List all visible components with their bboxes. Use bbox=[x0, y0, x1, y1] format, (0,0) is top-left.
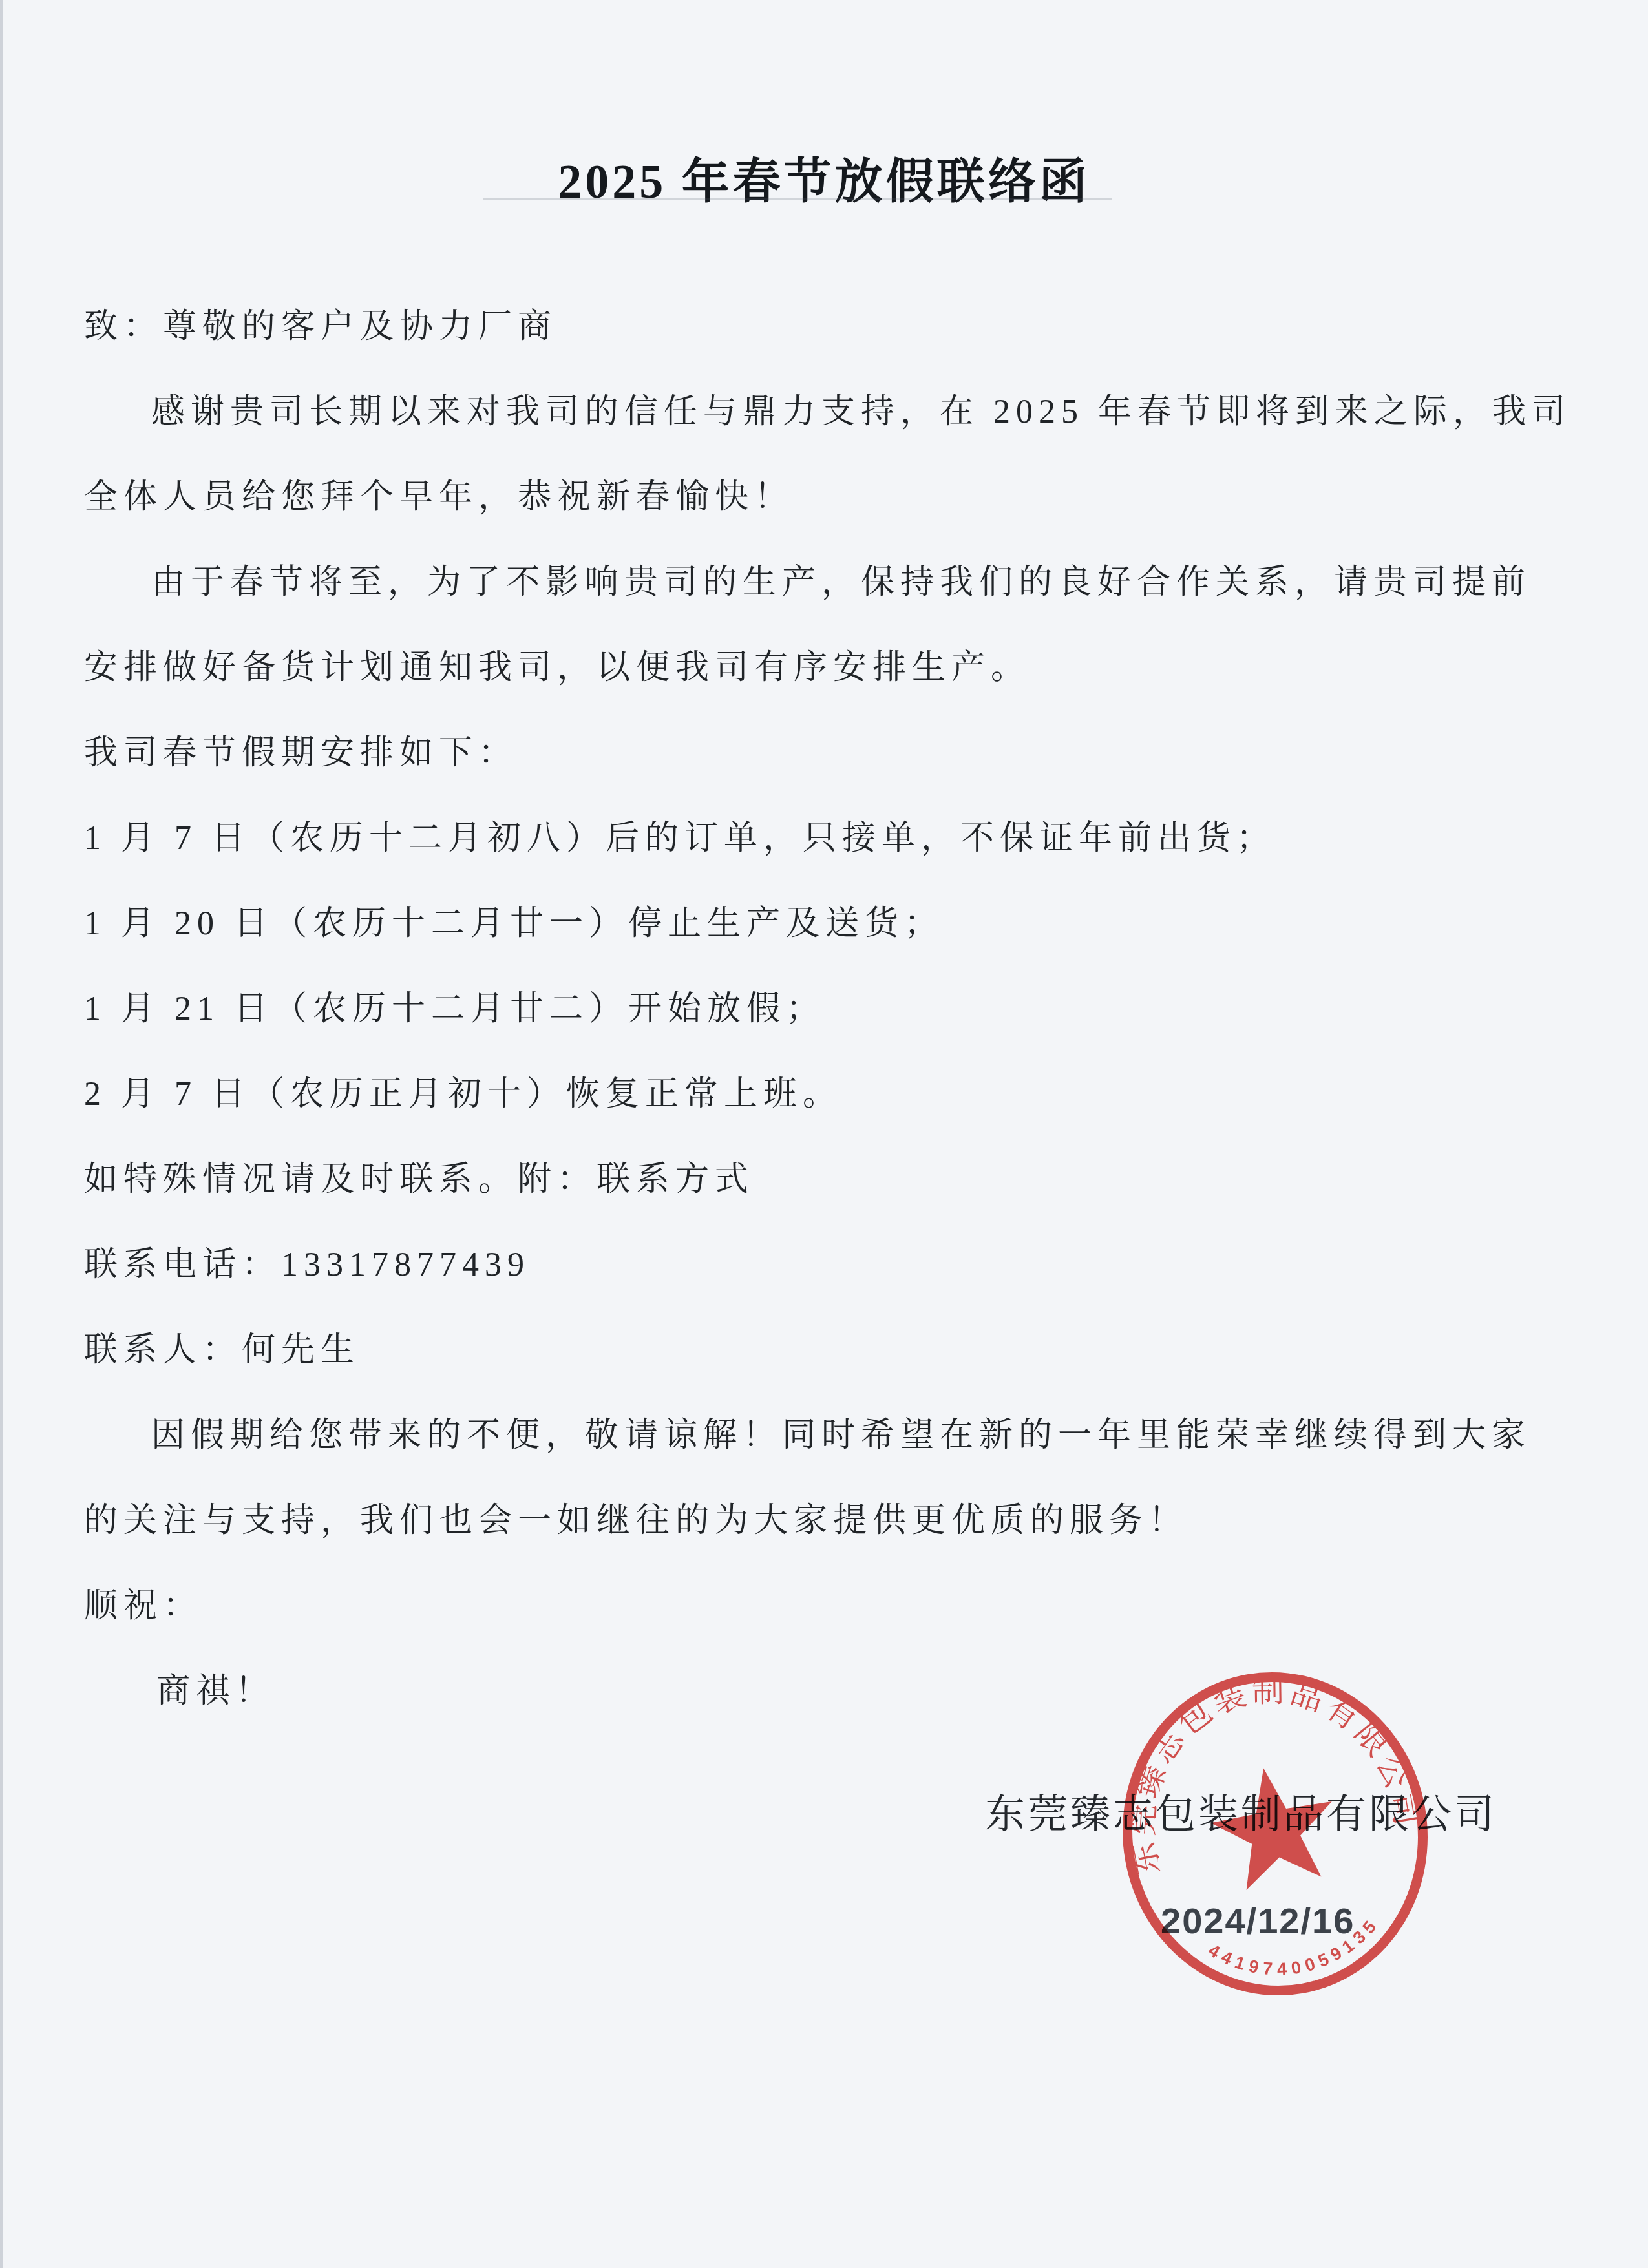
letter-line-contact-person: 联系人：何先生 bbox=[84, 1308, 1577, 1393]
letter-line-schedule: 1 月 21 日（农历十二月廿二）开始放假； bbox=[84, 967, 1577, 1052]
letter-body: 致：尊敬的客户及协力厂商 感谢贵司长期以来对我司的信任与鼎力支持，在 2025 … bbox=[84, 284, 1577, 1734]
scanner-edge-shadow bbox=[0, 0, 3, 2268]
letter-line-schedule: 2 月 7 日（农历正月初十）恢复正常上班。 bbox=[84, 1052, 1577, 1137]
letter-line-salutation: 致：尊敬的客户及协力厂商 bbox=[84, 284, 1577, 370]
letter-line-phone: 联系电话：13317877439 bbox=[84, 1223, 1577, 1308]
letter-line: 全体人员给您拜个早年，恭祝新春愉快！ bbox=[84, 455, 1577, 540]
letter-line-schedule: 1 月 20 日（农历十二月廿一）停止生产及送货； bbox=[84, 881, 1577, 967]
letter-line: 由于春节将至，为了不影响贵司的生产，保持我们的良好合作关系，请贵司提前 bbox=[84, 540, 1577, 625]
letter-line-schedule-header: 我司春节假期安排如下： bbox=[84, 711, 1577, 796]
scan-artifact-line bbox=[483, 198, 1112, 200]
stamp-star-icon bbox=[1203, 1758, 1344, 1894]
letter-line: 安排做好备货计划通知我司，以便我司有序安排生产。 bbox=[84, 625, 1577, 711]
page-title: 2025 年春节放假联络函 bbox=[0, 143, 1648, 212]
letter-line: 如特殊情况请及时联系。附：联系方式 bbox=[84, 1137, 1577, 1223]
letter-line: 因假期给您带来的不便，敬请谅解！同时希望在新的一年里能荣幸继续得到大家 bbox=[84, 1393, 1577, 1478]
letter-line: 感谢贵司长期以来对我司的信任与鼎力支持，在 2025 年春节即将到来之际，我司 bbox=[84, 370, 1577, 455]
letter-line: 的关注与支持，我们也会一如继往的为大家提供更优质的服务！ bbox=[84, 1478, 1577, 1564]
letter-line-schedule: 1 月 7 日（农历十二月初八）后的订单，只接单，不保证年前出货； bbox=[84, 796, 1577, 881]
letter-line-closing: 顺祝： bbox=[84, 1564, 1577, 1649]
company-seal-stamp: 东莞臻志包装制品有限公司 4419740059135 bbox=[1115, 1666, 1435, 2002]
scanned-letter-page: { "document": { "title": "2025 年春节放假联络函"… bbox=[0, 0, 1648, 2268]
